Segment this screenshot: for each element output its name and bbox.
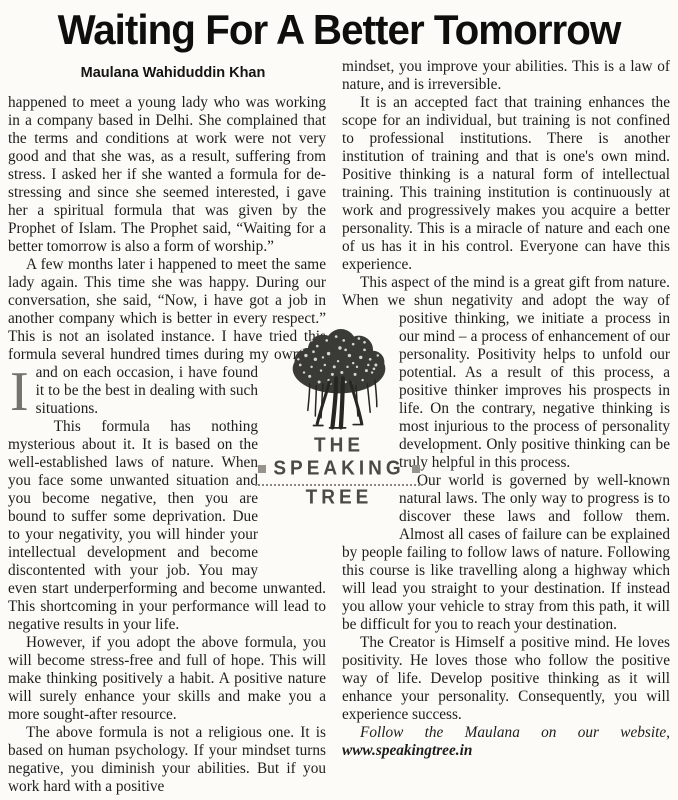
paragraph: The Creator is Himself a positive mind. … bbox=[342, 634, 670, 724]
logo-the: THE bbox=[255, 434, 423, 457]
logo-speaking-row: SPEAKING bbox=[255, 458, 423, 480]
speaking-tree-logo: THE SPEAKING TREE bbox=[255, 329, 423, 509]
footer-note: Follow the Maulana on our website, www.s… bbox=[342, 724, 670, 760]
website-url-text: www.speakingtree.in bbox=[342, 742, 472, 759]
logo-tree: TREE bbox=[255, 486, 423, 509]
paragraph-text: happened to meet a young lady who was wo… bbox=[8, 94, 326, 255]
newspaper-article-page: Waiting For A Better Tomorrow Maulana Wa… bbox=[0, 0, 678, 800]
paragraph: The above formula is not a religious one… bbox=[8, 724, 326, 796]
paragraph: Ihappened to meet a young lady who was w… bbox=[8, 94, 326, 256]
logo-speaking: SPEAKING bbox=[273, 457, 404, 480]
banyan-tree-icon bbox=[287, 329, 391, 435]
paragraph: However, if you adopt the above formula,… bbox=[8, 634, 326, 724]
paragraph: It is an accepted fact that training enh… bbox=[342, 94, 670, 274]
byline: Maulana Wahiduddin Khan bbox=[14, 64, 332, 82]
page-title: Waiting For A Better Tomorrow bbox=[14, 6, 665, 54]
logo-square-left-icon bbox=[258, 465, 266, 473]
paragraph: mindset, you improve your abilities. Thi… bbox=[342, 58, 670, 94]
drop-cap: I bbox=[10, 368, 29, 420]
logo-square-right-icon bbox=[412, 465, 420, 473]
footer-note-text: Follow the Maulana on our website, bbox=[360, 724, 670, 741]
